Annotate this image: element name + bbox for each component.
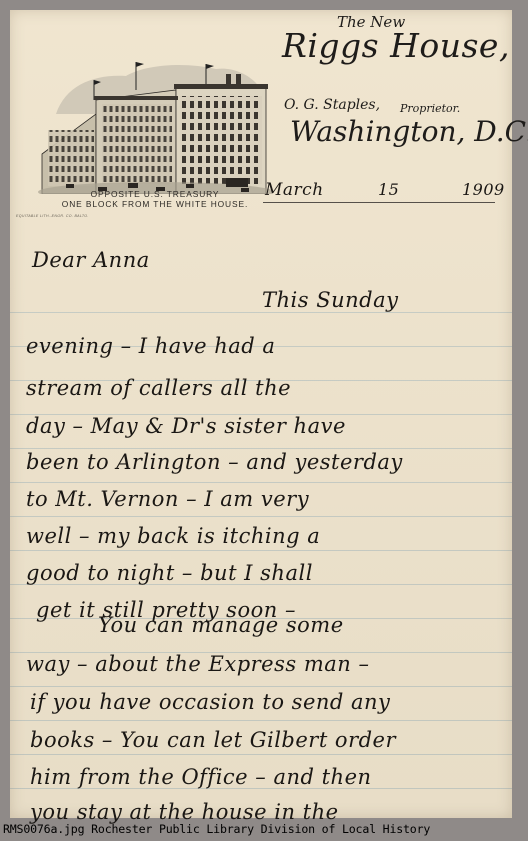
letter-line: stream of callers all the: [26, 376, 291, 400]
date-year: 1909: [462, 180, 505, 199]
printer-credit: EQUITABLE LITH.-ENGR. CO. BALTO.: [16, 214, 89, 218]
letter-line: evening – I have had a: [26, 334, 275, 358]
caption-line-white-house: ONE BLOCK FROM THE WHITE HOUSE.: [48, 199, 262, 209]
letterhead-caption: OPPOSITE U.S. TREASURY ONE BLOCK FROM TH…: [48, 189, 262, 209]
letter-line: way – about the Express man –: [26, 652, 369, 676]
letter-line: good to night – but I shall: [26, 561, 313, 585]
letter-line: You can manage some: [98, 613, 344, 637]
letter-line: well – my back is itching a: [26, 524, 320, 548]
letter-line: been to Arlington – and yesterday: [26, 450, 403, 474]
date-month: March: [265, 180, 324, 200]
letter-line: you stay at the house in the: [30, 800, 339, 824]
proprietor-name: O. G. Staples,: [284, 97, 380, 113]
letter-line: him from the Office – and then: [30, 765, 372, 789]
salutation: Dear Anna: [32, 248, 150, 272]
letter-line: books – You can let Gilbert order: [30, 728, 396, 752]
hotel-engraving-image: [36, 44, 276, 194]
letter-sheet: OPPOSITE U.S. TREASURY ONE BLOCK FROM TH…: [10, 10, 512, 818]
letterhead-city: Washington, D.C.: [290, 115, 528, 148]
letter-line: if you have occasion to send any: [30, 690, 390, 714]
date-day: 15: [378, 180, 399, 199]
date-rule: [263, 202, 495, 203]
letter-line: to Mt. Vernon – I am very: [26, 487, 309, 511]
hotel-name: Riggs House,: [282, 26, 510, 65]
letter-line: This Sunday: [262, 288, 398, 312]
caption-line-treasury: OPPOSITE U.S. TREASURY: [48, 189, 262, 199]
letter-line: day – May & Dr's sister have: [26, 414, 346, 438]
image-caption: RMS0076a.jpg Rochester Public Library Di…: [3, 822, 430, 836]
proprietor-label: Proprietor.: [400, 102, 460, 115]
